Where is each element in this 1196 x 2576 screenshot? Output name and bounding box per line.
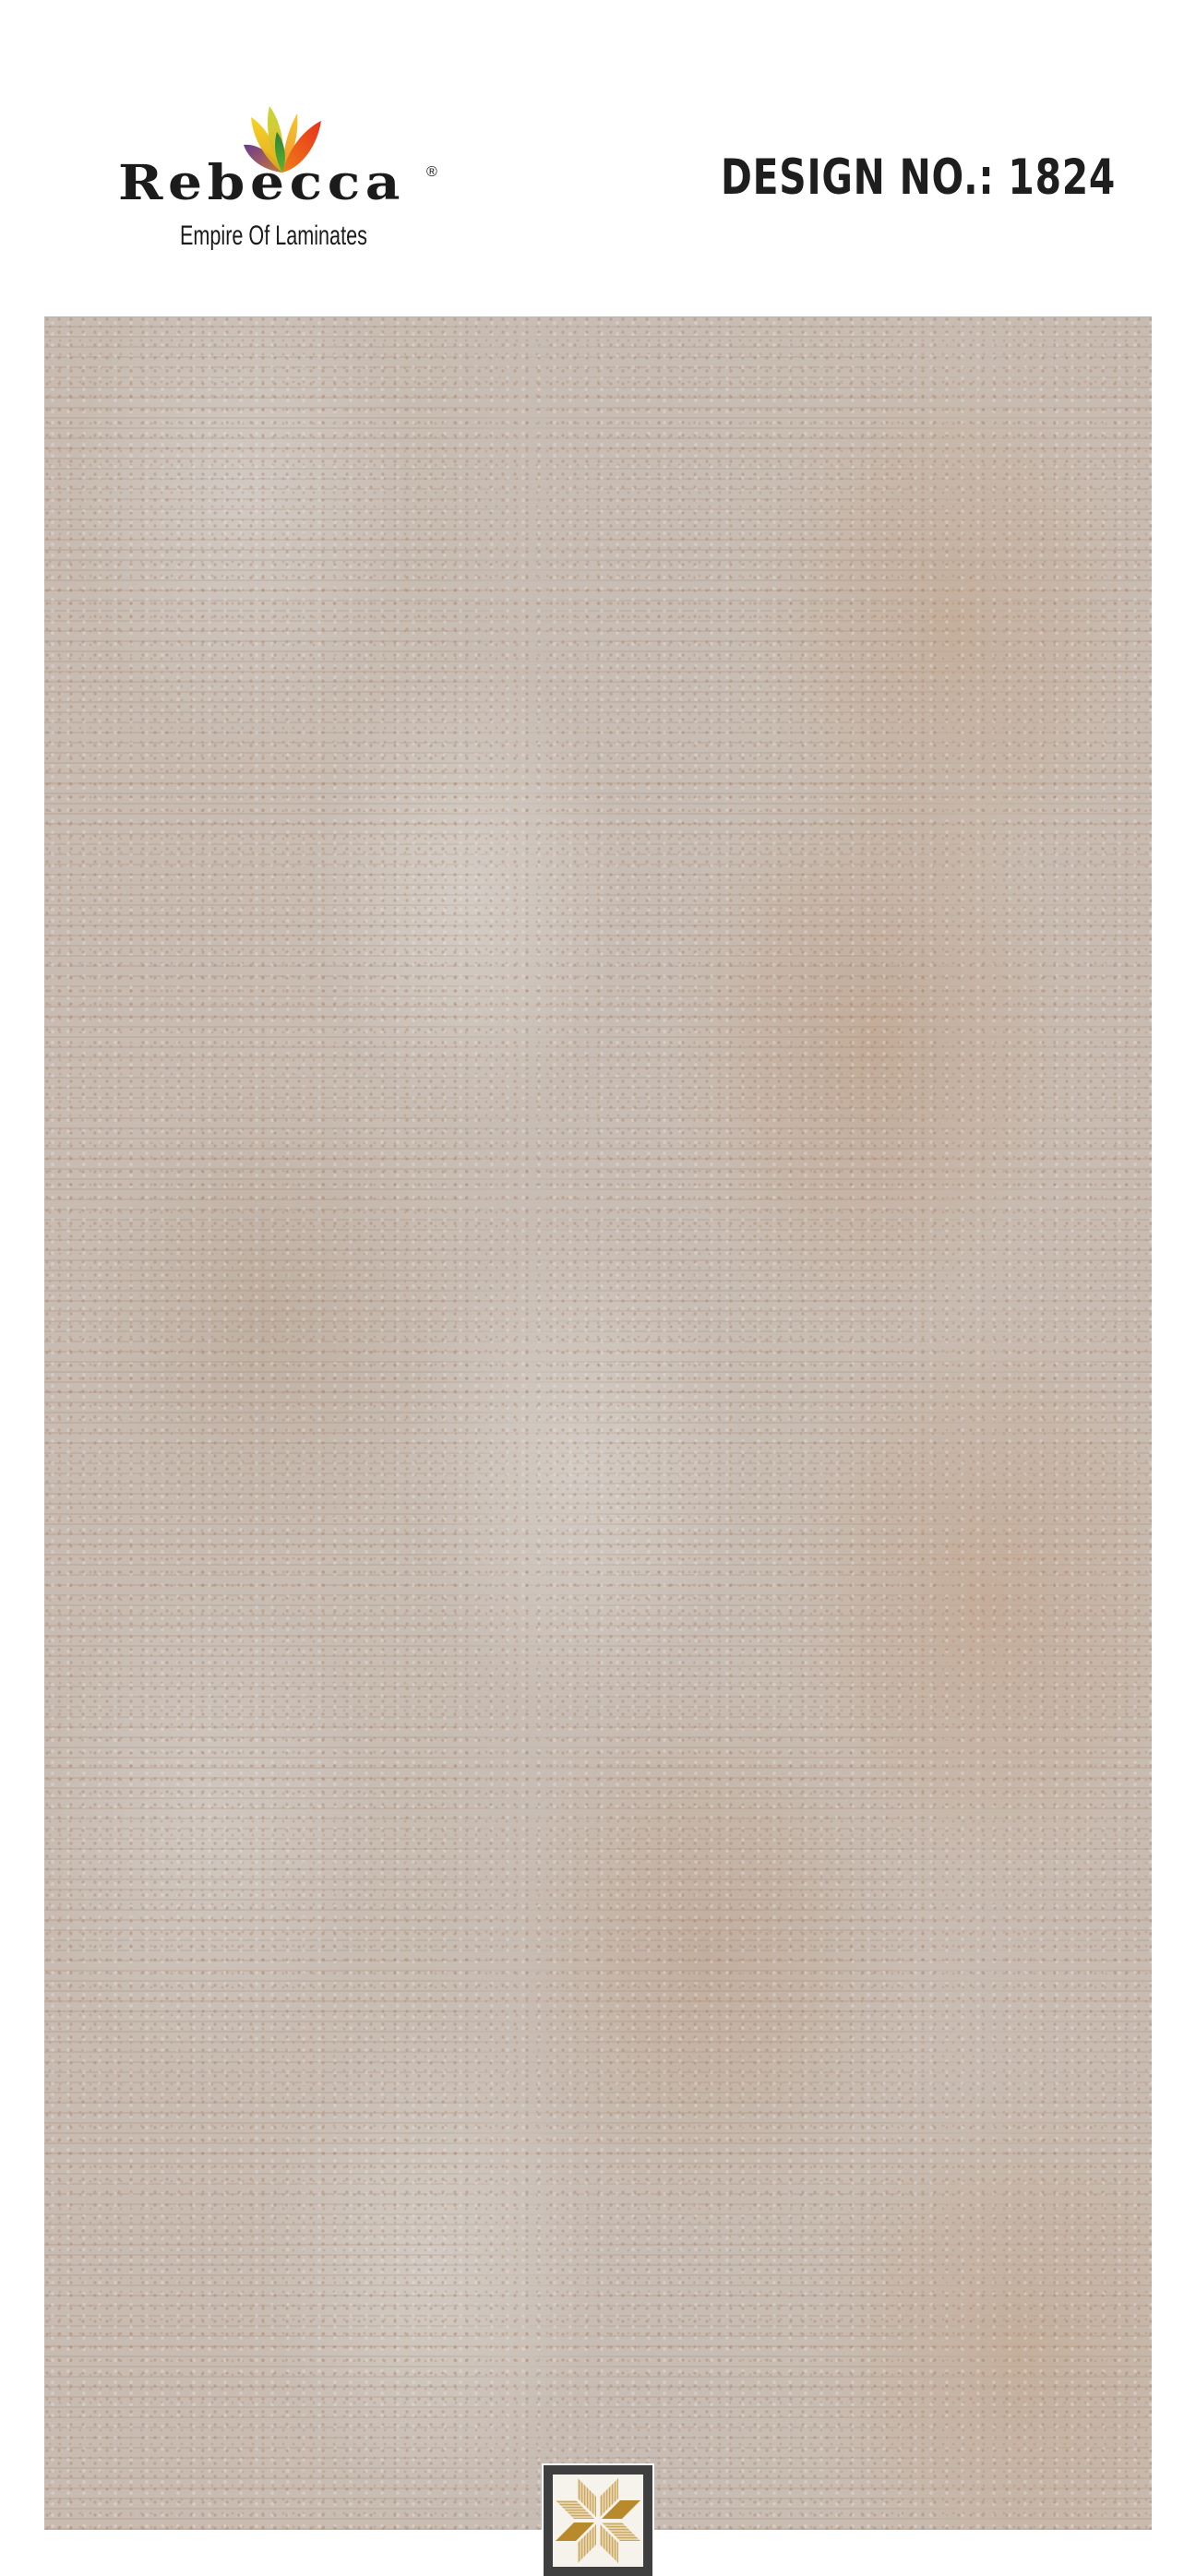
registered-mark: ® <box>426 165 437 180</box>
swatch-texture-speckle <box>44 316 1152 2530</box>
design-number-heading: DESIGN NO.: 1824 <box>721 153 1116 202</box>
brand-tagline: Empire Of Laminates <box>180 222 367 250</box>
brand-logo: Rebecca ® Empire Of Laminates <box>111 97 461 263</box>
laminate-swatch <box>44 316 1152 2530</box>
brand-wordmark: Rebecca <box>118 160 405 208</box>
pattern-badge <box>544 2465 652 2576</box>
star-pattern-icon <box>553 2475 643 2567</box>
